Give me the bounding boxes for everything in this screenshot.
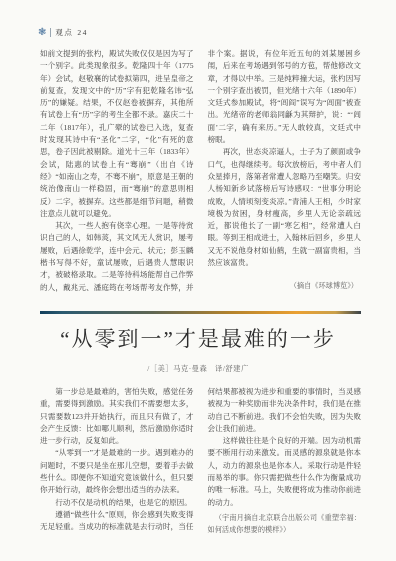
main-article: 第一步总是最难的，害怕失败，感觉任务重，需要得到激励。其实我们不需要想太多，只需…: [40, 386, 361, 540]
section-label: 观点: [55, 27, 73, 38]
article-paragraph: 再次，世态炎凉逼人，士子为了颜面或争口气，也得继续考。每次放榜后，考中者人们众星…: [208, 146, 362, 269]
source-attribution: （宇南月摘自北京联合出版公司《重塑幸福：如何活成你想要的模样》）: [208, 512, 362, 536]
page-header: ❃ 观点 24: [38, 27, 88, 38]
article-paragraph: 第一步总是最难的，害怕失败，感觉任务重，需要得到激励。其实我们不需要想太多，只需…: [40, 386, 194, 447]
article-paragraph: “从零到一”才是最难的一步。遇到难办的问题时，不要只是坐在那儿空想，要着手去做些…: [40, 447, 194, 496]
header-divider: [50, 28, 51, 37]
page-number: 24: [77, 28, 88, 37]
article-paragraph: 如前文提到的张杓，殿试失败仅仅是因为写了一个别字。此类现象很多。乾隆四十年（17…: [40, 48, 194, 220]
article-byline: /［美］马克·曼森 译/舒建广: [0, 364, 396, 374]
article-paragraph: 行动不仅是动机的结果，也是它的原因。: [40, 497, 194, 509]
magazine-logo-icon: ❃: [38, 28, 46, 38]
article-paragraph: 这样做往往是个良好的开端。因为动机需要不断用行动来激发。而灵感的源泉就是你本人，…: [208, 435, 362, 509]
source-attribution: （摘自《环球博览》）: [208, 280, 362, 292]
section-divider-gradient-bar: [40, 311, 361, 314]
top-article: 如前文提到的张杓，殿试失败仅仅是因为写了一个别字。此类现象很多。乾隆四十年（17…: [40, 48, 361, 300]
article-title: “从零到一”才是最难的一步: [0, 323, 396, 353]
